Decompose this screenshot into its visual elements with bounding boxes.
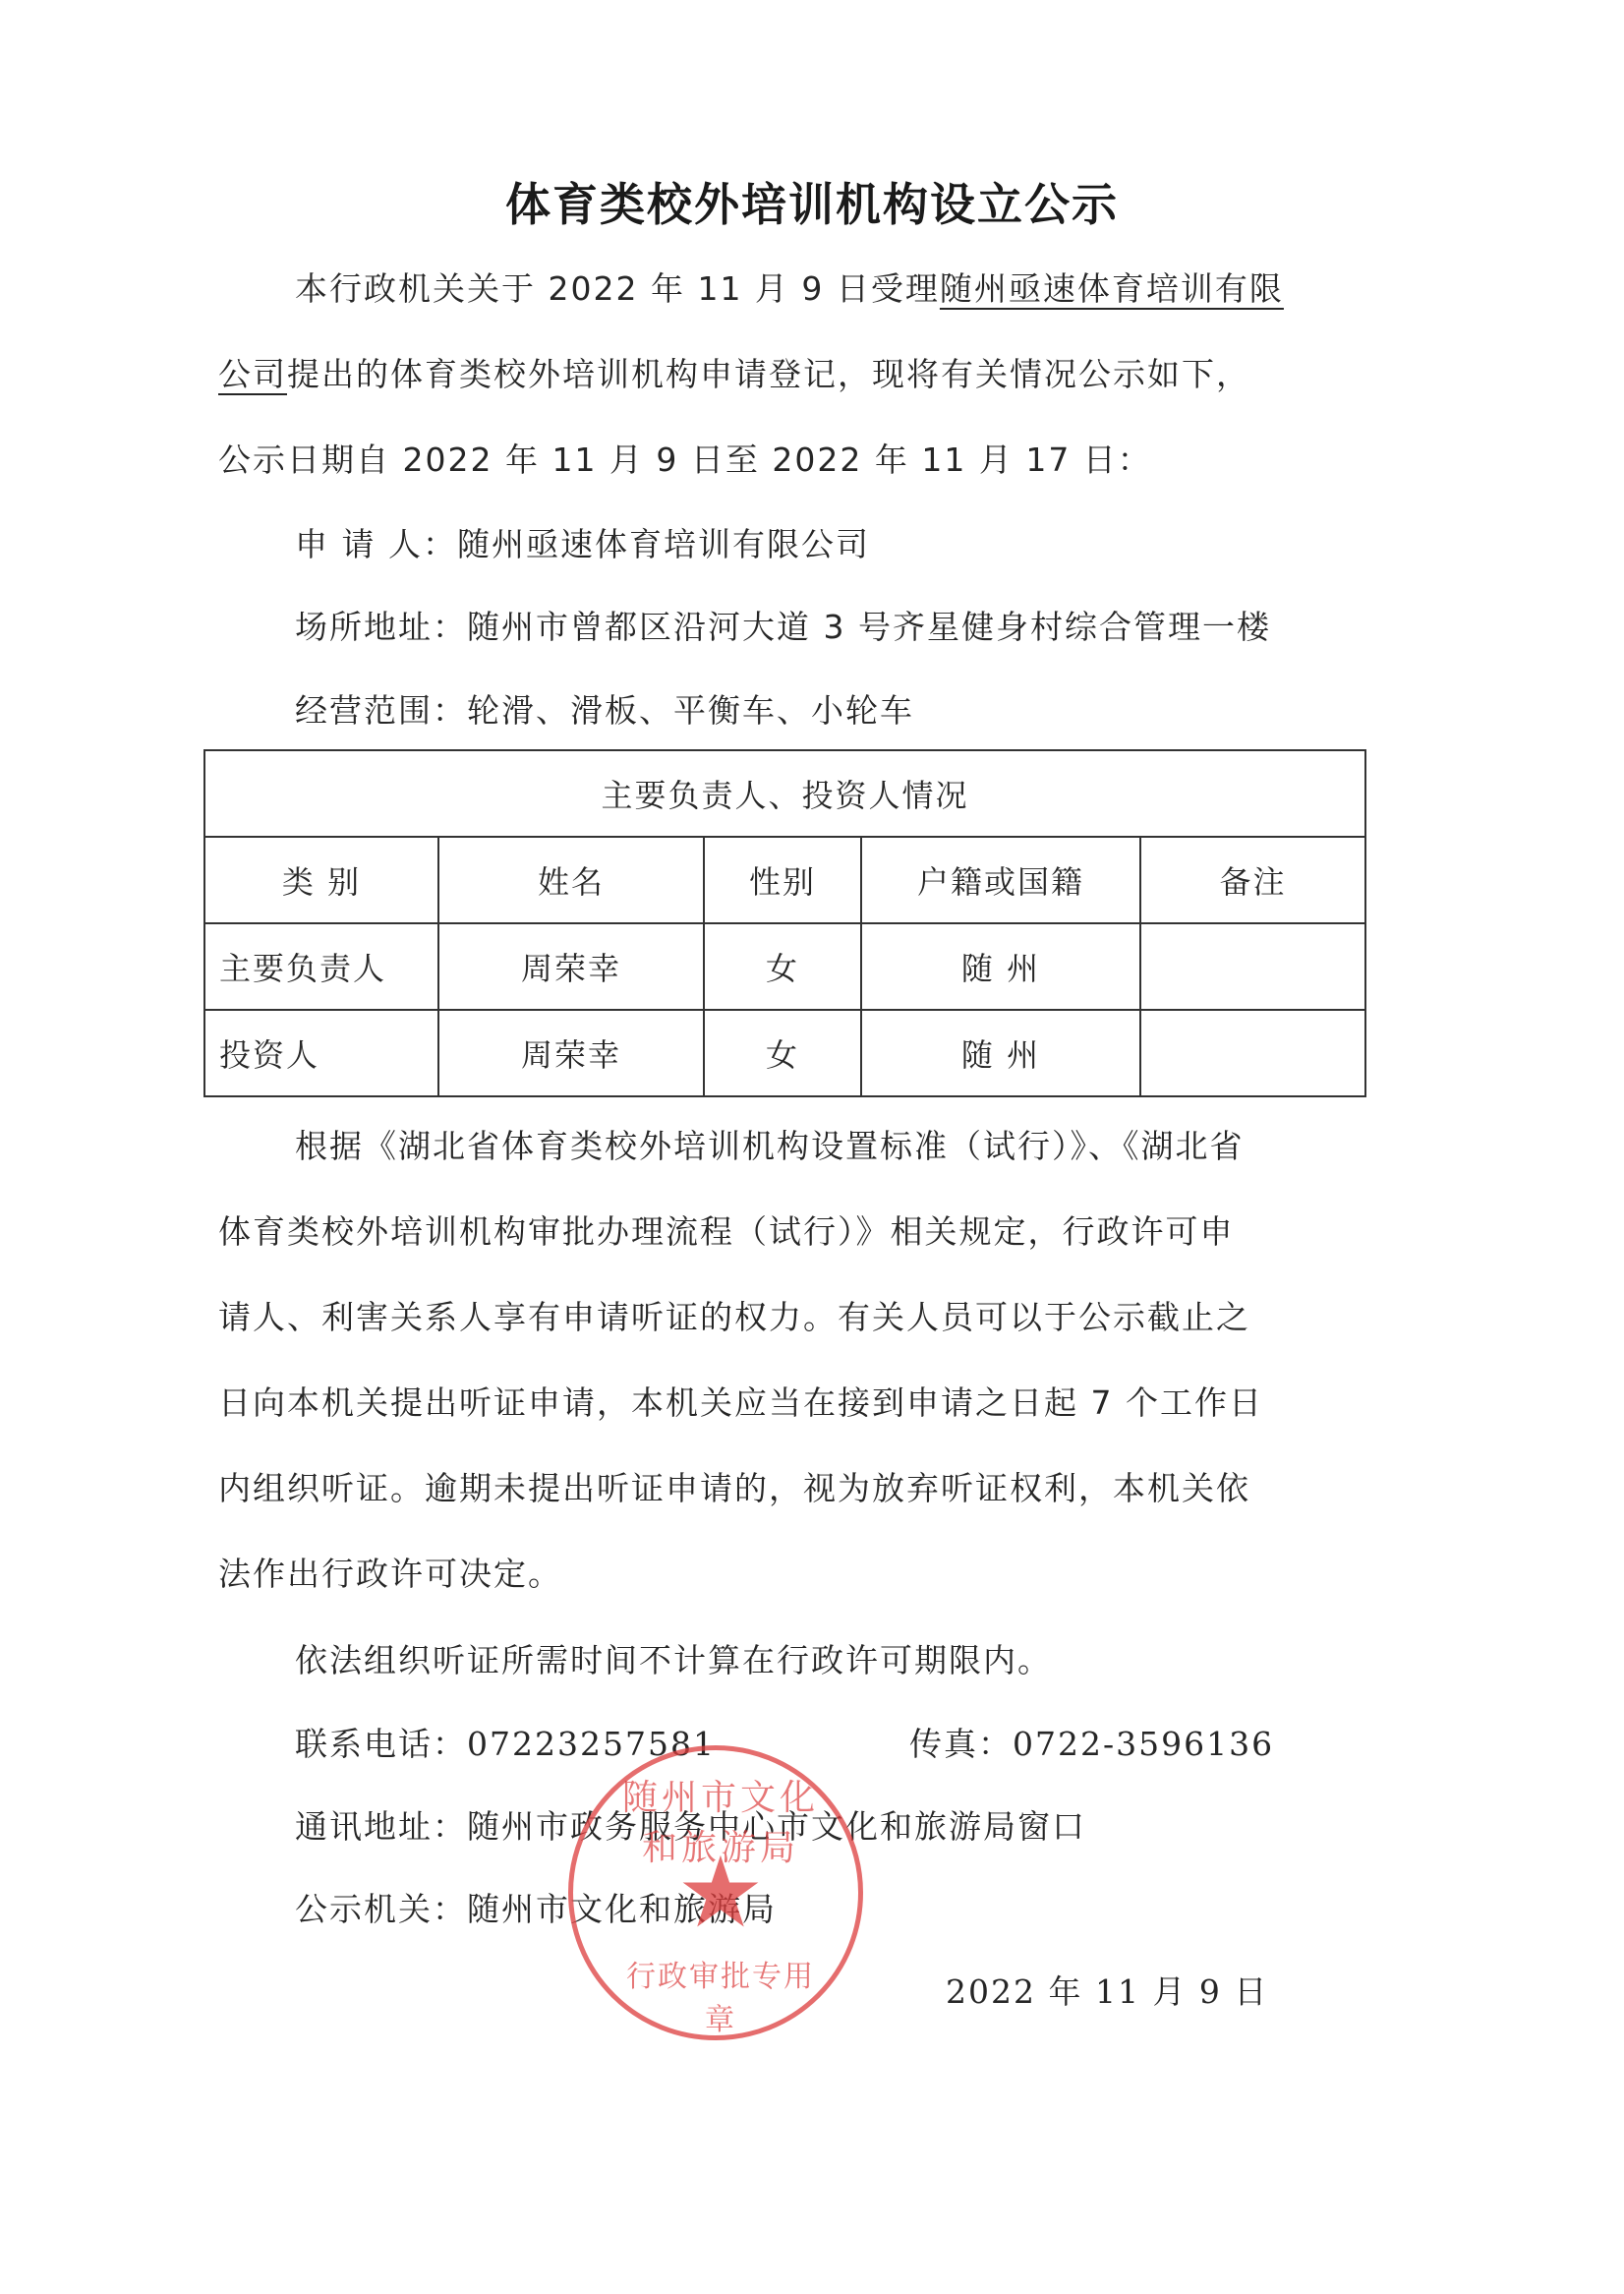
table-row: 主要负责人 周荣幸 女 随 州 <box>204 923 1365 1010</box>
table-caption: 主要负责人、投资人情况 <box>204 750 1365 837</box>
seal-bottom-text: 行政审批专用章 <box>612 1952 829 2038</box>
hearing-note: 依法组织听证所需时间不计算在行政许可期限内。 <box>295 1635 1052 1681</box>
company-name-part-2: 公司 <box>218 355 287 393</box>
legal-line-6: 法作出行政许可决定。 <box>218 1549 562 1595</box>
legal-line-3: 请人、利害关系人享有申请听证的权力。有关人员可以于公示截止之 <box>218 1292 1250 1338</box>
legal-line-4: 日向本机关提出听证申请，本机关应当在接到申请之日起 7 个工作日 <box>218 1378 1263 1424</box>
company-name-part-1: 随州亟速体育培训有限 <box>940 269 1284 308</box>
authority-value: 随州市文化和旅游局 <box>467 1890 777 1928</box>
issue-date: 2022 年 11 月 9 日 <box>946 1967 1268 2013</box>
legal-line-2: 体育类校外培训机构审批办理流程（试行）》相关规定，行政许可申 <box>218 1206 1235 1253</box>
intro-line-1: 本行政机关关于 2022 年 11 月 9 日受理随州亟速体育培训有限 <box>295 264 1284 310</box>
cell-category: 投资人 <box>204 1010 438 1096</box>
intro-rest: 提出的体育类校外培训机构申请登记，现将有关情况公示如下， <box>287 355 1250 393</box>
phone-value: 07223257581 <box>467 1725 716 1763</box>
personnel-table: 主要负责人、投资人情况 类 别 姓名 性别 户籍或国籍 备注 主要负责人 周荣幸… <box>203 749 1366 1097</box>
header-name: 姓名 <box>438 837 704 923</box>
authority-line: 公示机关：随州市文化和旅游局 <box>295 1884 777 1930</box>
header-remark: 备注 <box>1140 837 1365 923</box>
header-gender: 性别 <box>704 837 861 923</box>
applicant-value: 随州亟速体育培训有限公司 <box>457 525 870 563</box>
cell-name: 周荣幸 <box>438 923 704 1010</box>
intro-prefix: 本行政机关关于 2022 年 11 月 9 日受理 <box>295 269 940 308</box>
cell-domicile: 随 州 <box>861 923 1140 1010</box>
applicant-label: 申 请 人： <box>295 525 457 563</box>
legal-line-5: 内组织听证。逾期未提出听证申请的，视为放弃听证权利，本机关依 <box>218 1463 1250 1509</box>
mail-address-line: 通讯地址：随州市政务服务中心市文化和旅游局窗口 <box>295 1801 1086 1848</box>
scope-line: 经营范围：轮滑、滑板、平衡车、小轮车 <box>295 685 914 732</box>
applicant-line: 申 请 人：随州亟速体育培训有限公司 <box>295 519 870 565</box>
header-category: 类 别 <box>204 837 438 923</box>
authority-label: 公示机关： <box>295 1890 467 1928</box>
intro-line-2: 公司提出的体育类校外培训机构申请登记，现将有关情况公示如下， <box>218 349 1250 395</box>
document-title: 体育类校外培训机构设立公示 <box>0 169 1624 234</box>
fax-value: 0722-3596136 <box>1013 1725 1274 1763</box>
cell-category: 主要负责人 <box>204 923 438 1010</box>
address-label: 场所地址： <box>295 608 467 646</box>
mail-label: 通讯地址： <box>295 1807 467 1846</box>
legal-line-1: 根据《湖北省体育类校外培训机构设置标准（试行）》、《湖北省 <box>295 1121 1245 1167</box>
address-line: 场所地址：随州市曾都区沿河大道 3 号齐星健身村综合管理一楼 <box>295 602 1271 648</box>
cell-name: 周荣幸 <box>438 1010 704 1096</box>
phone-line: 联系电话：07223257581 <box>295 1719 716 1765</box>
fax-line: 传真：0722-3596136 <box>909 1719 1274 1765</box>
cell-remark <box>1140 1010 1365 1096</box>
publicity-period: 公示日期自 2022 年 11 月 9 日至 2022 年 11 月 17 日： <box>218 435 1152 481</box>
fax-label: 传真： <box>909 1725 1013 1763</box>
address-value: 随州市曾都区沿河大道 3 号齐星健身村综合管理一楼 <box>467 608 1271 646</box>
scope-label: 经营范围： <box>295 691 467 730</box>
table-row: 投资人 周荣幸 女 随 州 <box>204 1010 1365 1096</box>
cell-gender: 女 <box>704 1010 861 1096</box>
mail-value: 随州市政务服务中心市文化和旅游局窗口 <box>467 1807 1086 1846</box>
scope-value: 轮滑、滑板、平衡车、小轮车 <box>467 691 914 730</box>
cell-remark <box>1140 923 1365 1010</box>
phone-label: 联系电话： <box>295 1725 467 1763</box>
cell-domicile: 随 州 <box>861 1010 1140 1096</box>
cell-gender: 女 <box>704 923 861 1010</box>
header-domicile: 户籍或国籍 <box>861 837 1140 923</box>
